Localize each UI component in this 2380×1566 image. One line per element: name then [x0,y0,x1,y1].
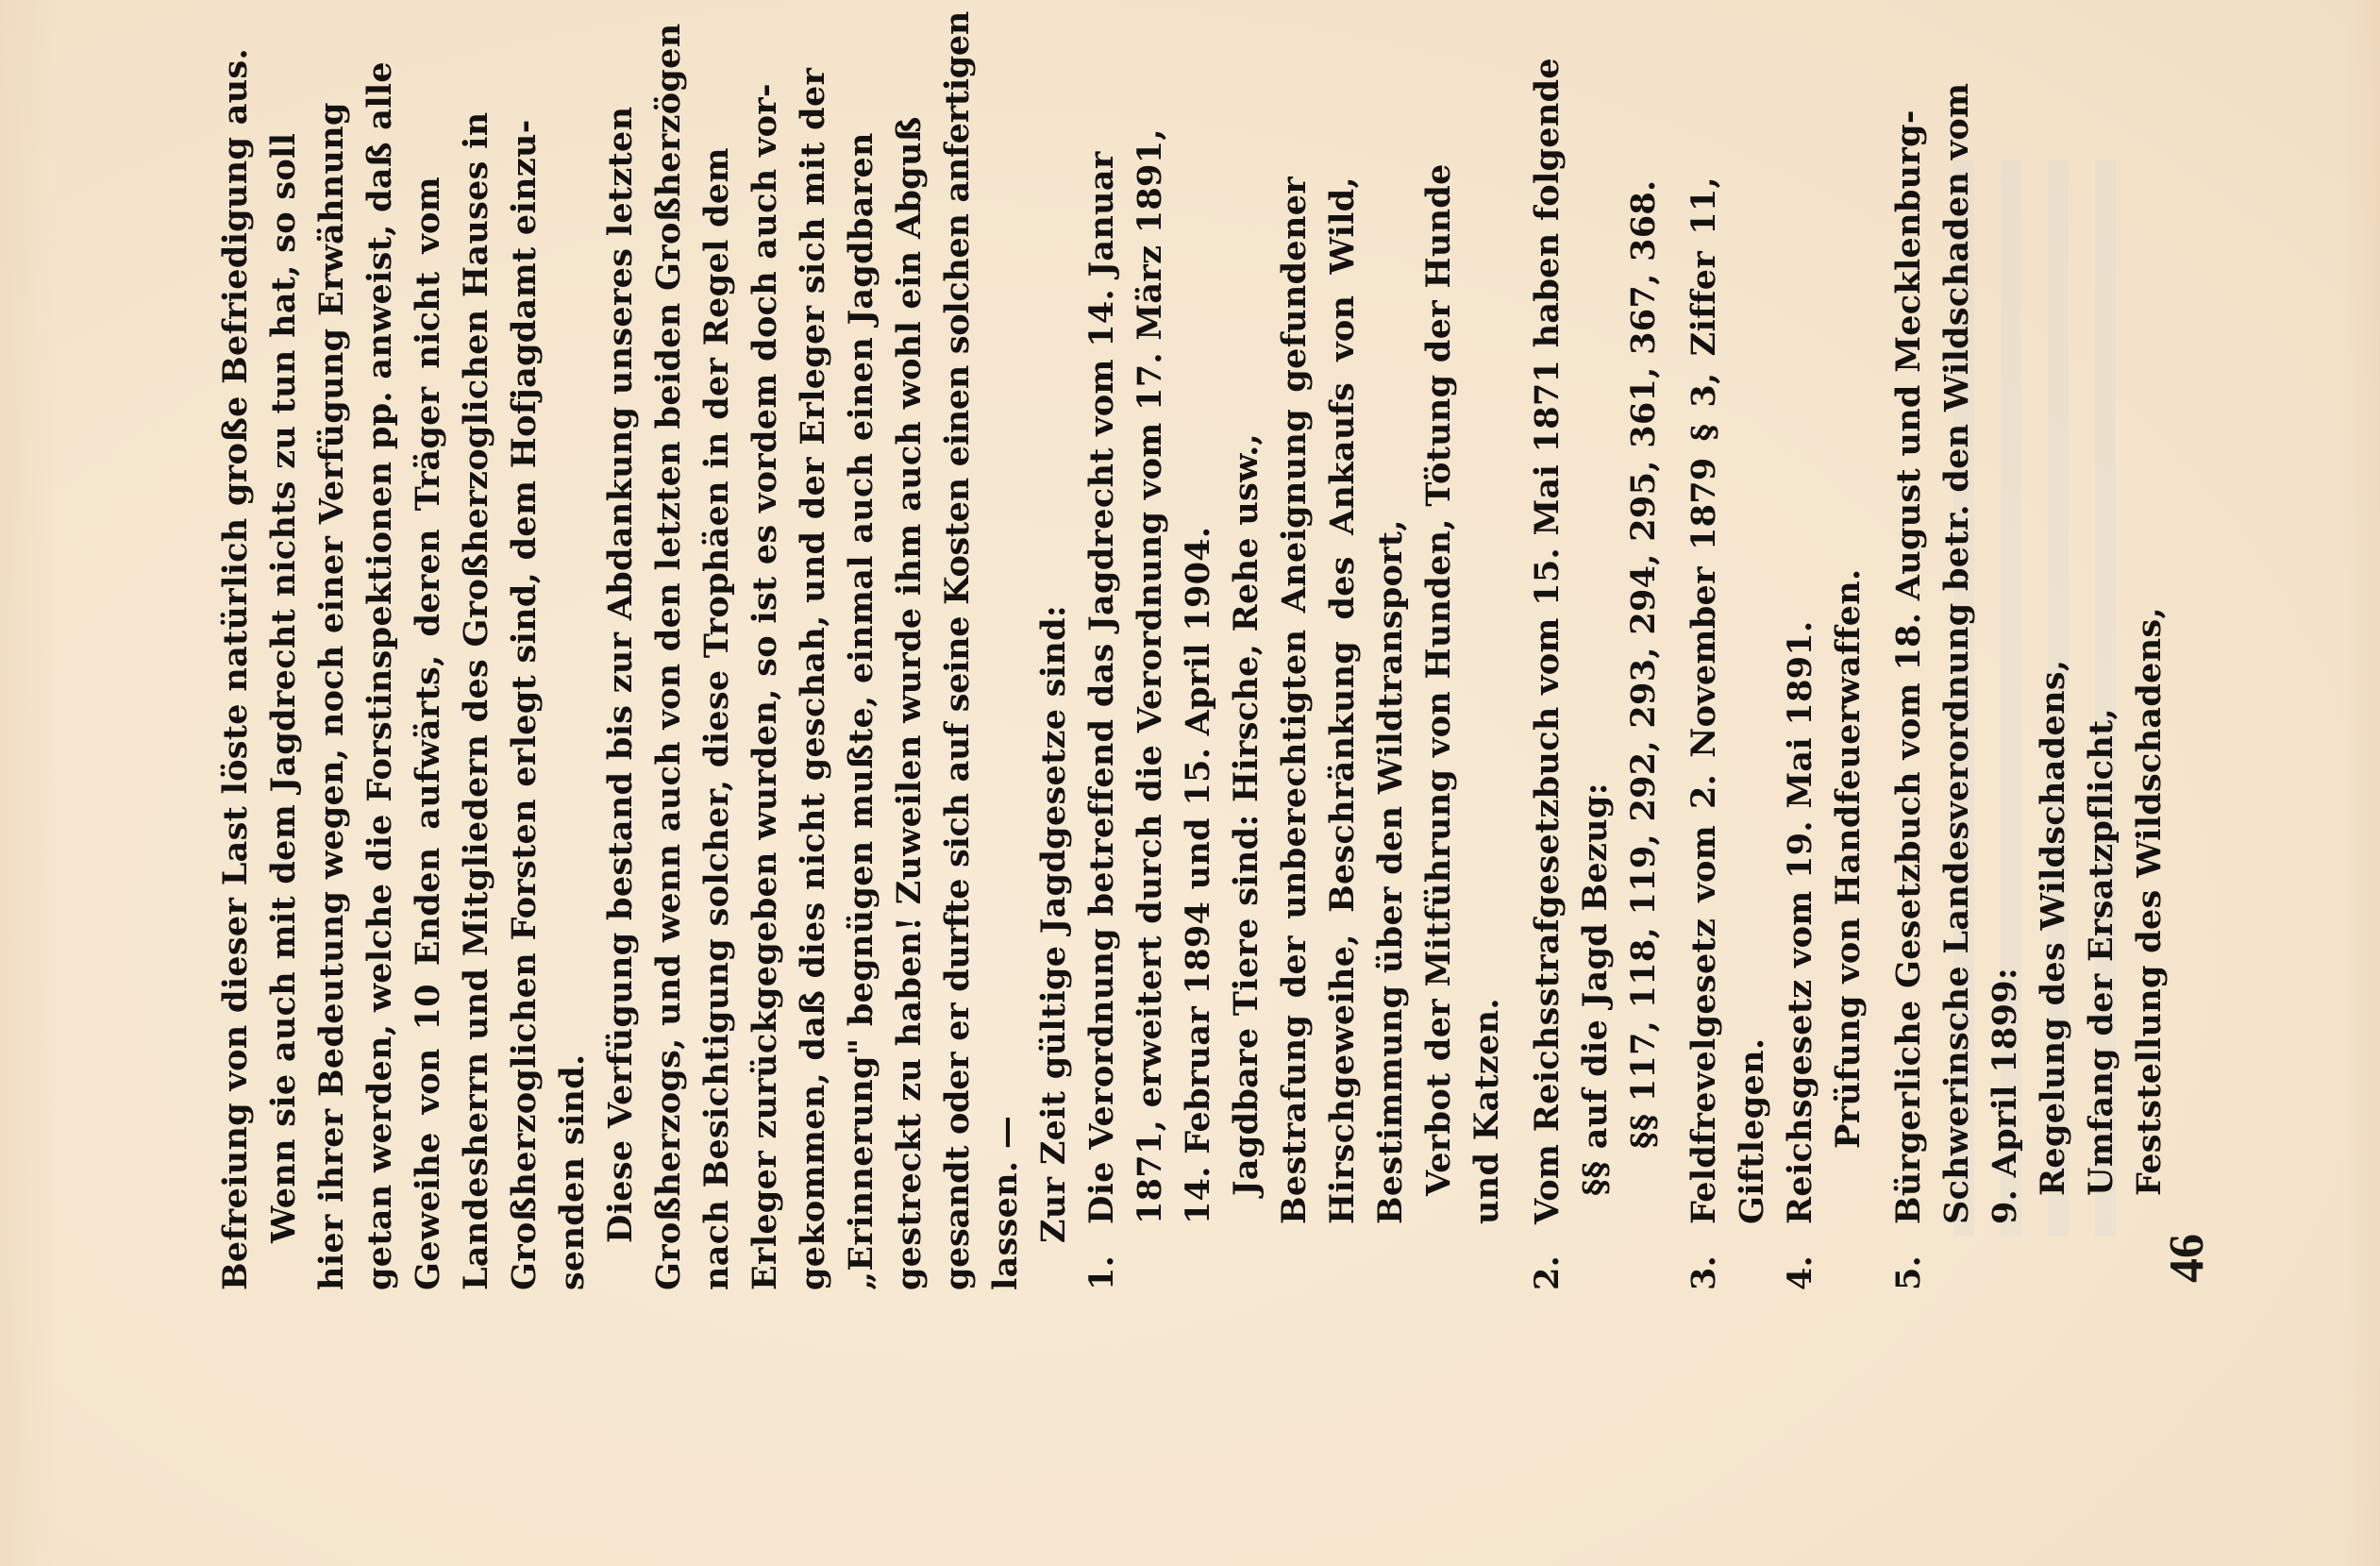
sub-item: Feststellung des Wildschadens, [2127,177,2172,1290]
law-text: Reichsgesetz vom 19. Mai 1891. [1781,620,1819,1224]
sub-item: §§ 117, 118, 119, 292, 293, 294, 295, 36… [1621,177,1667,1290]
text-line: Großherzoglichen Forsten erlegt sind, de… [502,177,547,1290]
text-line: 14. Februar 1894 und 15. April 1904. [1176,177,1221,1290]
text-line: getan werden, welche die Forstinspektion… [358,177,403,1290]
text-line: Landesherrn und Mitgliedern des Großherz… [454,177,499,1290]
law-number: 4. [1778,1255,1823,1290]
law-number: 3. [1682,1255,1727,1290]
text-line: Diese Verfügung bestand bis zur Abdankun… [598,177,644,1290]
text-line: Schwerinsche Landesverordnung betr. den … [1935,177,1980,1290]
sub-item: Umfang der Ersatzpflicht, [2079,177,2124,1290]
text-line: gestreckt zu haben! Zuweilen wurde ihm a… [887,177,932,1290]
sub-item: Hirschgeweihe, Beschränkung des Ankaufs … [1320,177,1366,1290]
sub-item: Prüfung von Handfeuerwaffen. [1826,177,1871,1290]
sub-item: Regelung des Wildschadens, [2031,177,2076,1290]
sub-item: Bestrafung der unberechtigten Aneignung … [1272,177,1317,1290]
text-line: §§ auf die Jagd Bezug: [1573,177,1618,1290]
text-line: Wenn sie auch mit dem Jagdrecht nichts z… [261,177,307,1290]
page-number: 46 [2159,1234,2216,1283]
sub-item: und Katzen. [1465,177,1510,1290]
text-line: gekommen, daß dies nicht geschah, und de… [791,177,836,1290]
sub-item: Bestimmung über den Wildtransport, [1368,177,1414,1290]
text-line: senden sind. [550,177,595,1290]
text-line: nach Besichtigung solcher, diese Trophäe… [695,177,740,1290]
text-line: 9. April 1899: [1983,177,2028,1290]
text-line: Giftlegen. [1730,177,1775,1290]
text-line: Befreiung von dieser Last löste natürlic… [213,177,259,1290]
law-item-5: 5. Bürgerliche Gesetzbuch vom 18. August… [1886,177,1932,1290]
law-number: 5. [1886,1255,1932,1290]
laws-intro: Zur Zeit gültige Jagdgesetze sind: [1031,177,1077,1290]
text-line: gesandt oder er durfte sich auf seine Ko… [935,177,980,1290]
text-line: hier ihrer Bedeutung wegen, noch einer V… [310,177,355,1290]
text-line: 1871, erweitert durch die Verordnung vom… [1128,177,1173,1290]
text-line: lassen. — [983,177,1029,1290]
text-line: Geweihe von 10 Enden aufwärts, deren Trä… [406,177,451,1290]
law-text: Bürgerliche Gesetzbuch vom 18. August un… [1889,109,1928,1224]
text-line: „Erinnerung" begnügen mußte, einmal auch… [839,177,884,1290]
sub-item: Verbot der Mitführung von Hunden, Tötung… [1416,177,1462,1290]
law-text: Vom Reichsstrafgesetzbuch vom 15. Mai 18… [1528,58,1567,1224]
law-number: 1. [1080,1255,1125,1290]
text-line: Großherzogs, und wenn auch von den letzt… [646,177,692,1290]
law-number: 2. [1525,1255,1570,1290]
sub-item: Jagdbare Tiere sind: Hirsche, Rehe usw., [1224,177,1269,1290]
law-text: Feldfrevelgesetz vom 2. November 1879 § … [1684,177,1723,1224]
rotated-page: Befreiung von dieser Last löste natürlic… [0,0,2380,1566]
law-text: Die Verordnung betreffend das Jagdrecht … [1082,151,1121,1224]
text-line: Erleger zurückgegeben wurden, so ist es … [743,177,788,1290]
law-item-2: 2. Vom Reichsstrafgesetzbuch vom 15. Mai… [1525,177,1570,1290]
law-item-4: 4. Reichsgesetz vom 19. Mai 1891. [1778,177,1823,1290]
law-item-3: 3. Feldfrevelgesetz vom 2. November 1879… [1682,177,1727,1290]
law-item-1: 1. Die Verordnung betreffend das Jagdrec… [1080,177,1125,1290]
